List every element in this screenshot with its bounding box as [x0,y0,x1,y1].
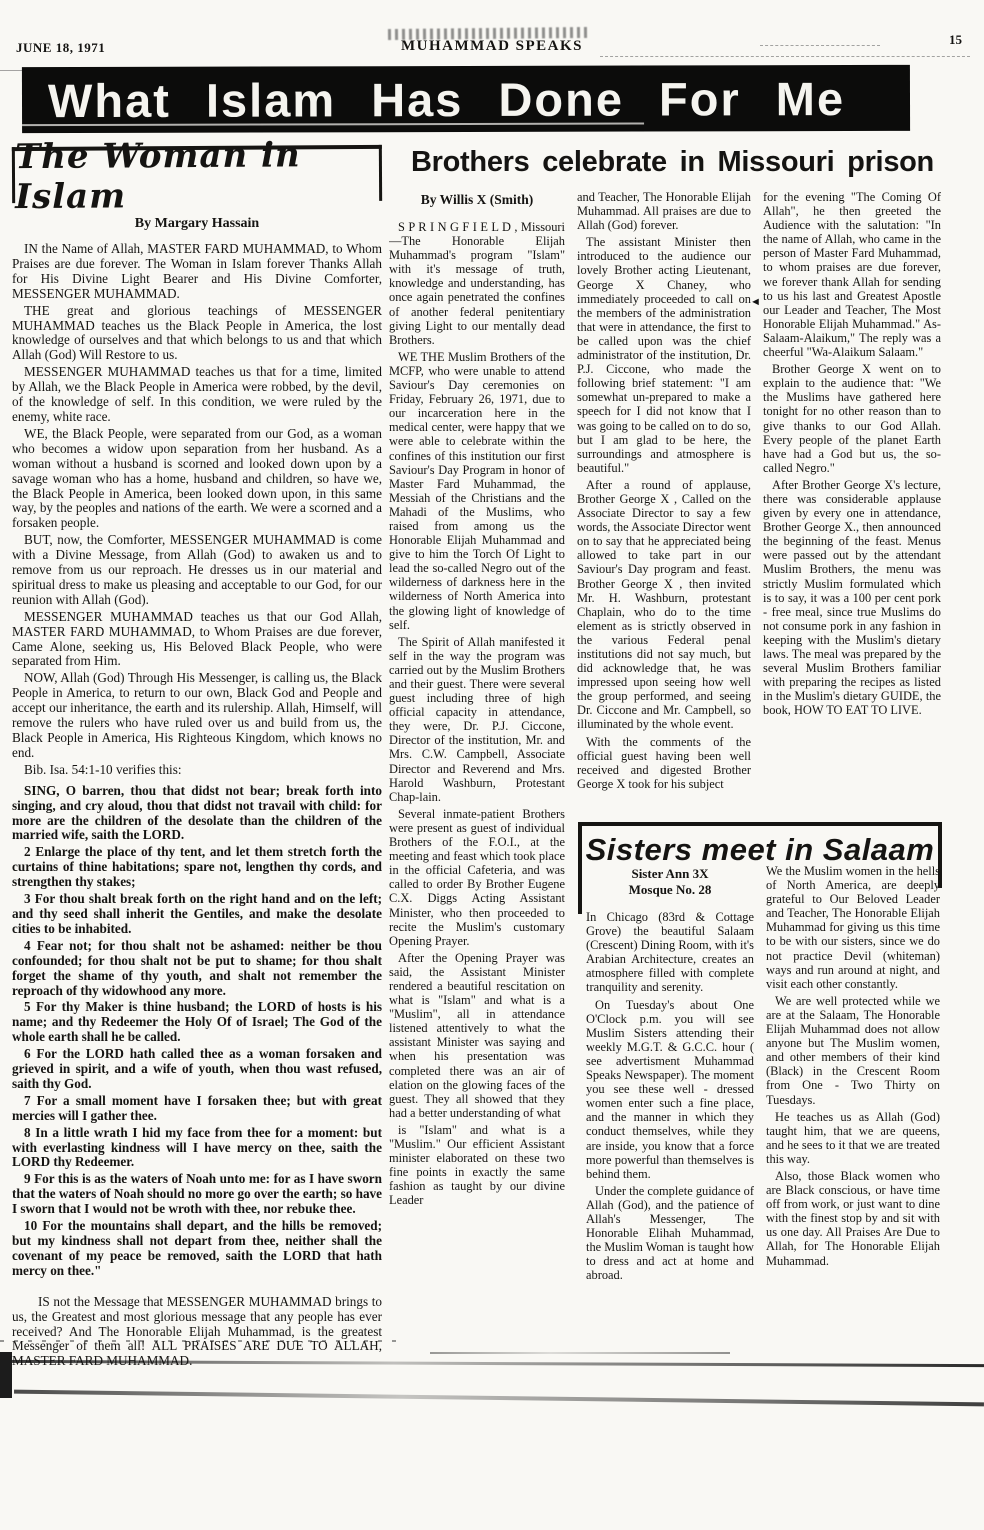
banner-title: What Islam Has Done For Me [22,71,845,128]
page-number: 15 [949,32,962,48]
paragraph: 10 For the mountains shall depart, and t… [12,1219,382,1279]
paragraph: 3 For thou shalt break forth on the righ… [12,892,382,937]
paragraph: 8 In a little wrath I hid my face from t… [12,1126,382,1171]
prison-article-title: Brothers celebrate in Missouri prison [400,146,945,179]
byline: By Margary Hassain [12,216,382,232]
paragraph: WE THE Muslim Brothers of the MCFP, who … [389,350,565,632]
paragraph: The Spirit of Allah manifested it self i… [389,635,565,804]
paragraph: After the Opening Prayer was said, the A… [389,951,565,1120]
print-artifact-arrow: ◄ [750,296,761,308]
paragraph: Bib. Isa. 54:1-10 verifies this: [12,763,382,778]
byline: Sister Ann 3X Mosque No. 28 [586,866,754,898]
paragraph: 2 Enlarge the place of thy tent, and let… [12,845,382,890]
paragraph: In Chicago (83rd & Cottage Grove) the be… [586,910,754,995]
paragraph: Several inmate-patient Brothers were pre… [389,807,565,948]
box-border-stub [578,826,582,914]
scan-streak [14,1390,984,1407]
paragraph: is "Islam" and what is a "Muslim." Our e… [389,1123,565,1208]
sisters-article-column-2: We the Muslim women in the hells of Nort… [766,864,940,1271]
paragraph: Brother George X went on to explain to t… [763,362,941,475]
prison-article-column-1: By Willis X (Smith) S P R I N G F I E L … [389,192,565,1382]
paragraph: S P R I N G F I E L D , Missouri—The Hon… [389,220,565,347]
paragraph: WE, the Black People, were separated fro… [12,427,382,531]
paragraph: After Brother George X's lecture, there … [763,478,941,718]
column-text: In Chicago (83rd & Cottage Grove) the be… [586,910,754,1282]
article-woman-in-islam: The Woman in Islam By Margary Hassain IN… [12,146,382,1371]
scan-specks [0,1340,400,1342]
column-text: S P R I N G F I E L D , Missouri—The Hon… [389,220,565,1207]
article-title-box: The Woman in Islam [12,145,382,203]
paragraph: 5 For thy Maker is thine husband; the LO… [12,1000,382,1045]
paragraph: We the Muslim women in the hells of Nort… [766,864,940,991]
article-body: IN the Name of Allah, MASTER FARD MUHAMM… [12,242,382,778]
scan-streak [430,1352,730,1354]
paragraph: 9 For this is as the waters of Noah unto… [12,1172,382,1217]
sisters-article-title: Sisters meet in Salaam [578,832,942,868]
paragraph: 4 Fear not; for thou shalt not be ashame… [12,939,382,999]
paragraph: SING, O barren, thou that didst not bear… [12,784,382,844]
paragraph: THE great and glorious teachings of MESS… [12,304,382,364]
byline: By Willis X (Smith) [389,192,565,208]
byline-name: Sister Ann 3X [586,866,754,882]
byline-mosque: Mosque No. 28 [586,882,754,898]
paragraph: He teaches us as Allah (God) taught him,… [766,1110,940,1166]
paragraph: MESSENGER MUHAMMAD teaches us that our G… [12,610,382,670]
prison-article-column-2: and Teacher, The Honorable Elijah Muhamm… [577,190,751,820]
paragraph: IS not the Message that MESSENGER MUHAMM… [12,1295,382,1370]
article-title: The Woman in Islam [15,135,379,217]
paragraph: With the comments of the official guest … [577,735,751,791]
newspaper-page: JUNE 18, 1971 MUHAMMAD SPEAKS 15 What Is… [0,0,984,1530]
paragraph: 7 For a small moment have I forsaken the… [12,1094,382,1124]
paragraph: Under the complete guidance of Allah (Go… [586,1184,754,1283]
masthead-rule [760,45,880,46]
paragraph: MESSENGER MUHAMMAD teaches us that for a… [12,365,382,425]
paragraph: The assistant Minister then introduced t… [577,235,751,475]
bible-verses: SING, O barren, thou that didst not bear… [12,784,382,1279]
paragraph: NOW, Allah (God) Through His Messenger, … [12,671,382,760]
prison-article-column-3: for the evening "The Coming Of Allah", h… [763,190,941,820]
closing-paragraph: IS not the Message that MESSENGER MUHAMM… [12,1295,382,1370]
paragraph: and Teacher, The Honorable Elijah Muhamm… [577,190,751,232]
scan-blob [0,1352,12,1398]
paragraph: We are well protected while we are at th… [766,994,940,1107]
masthead-rule [600,56,970,57]
paragraph: After a round of applause, Brother Georg… [577,478,751,732]
paragraph: Also, those Black women who are Black co… [766,1169,940,1268]
paragraph: 6 For the LORD hath called thee as a wom… [12,1047,382,1092]
sisters-article-column-1: Sister Ann 3X Mosque No. 28 In Chicago (… [586,866,754,1285]
paragraph: On Tuesday's about One O'Clock p.m. you … [586,998,754,1181]
paragraph: for the evening "The Coming Of Allah", h… [763,190,941,359]
paragraph: IN the Name of Allah, MASTER FARD MUHAMM… [12,242,382,302]
paragraph: BUT, now, the Comforter, MESSENGER MUHAM… [12,533,382,608]
publication-name: MUHAMMAD SPEAKS [0,38,984,55]
banner-headline: What Islam Has Done For Me [22,65,910,133]
